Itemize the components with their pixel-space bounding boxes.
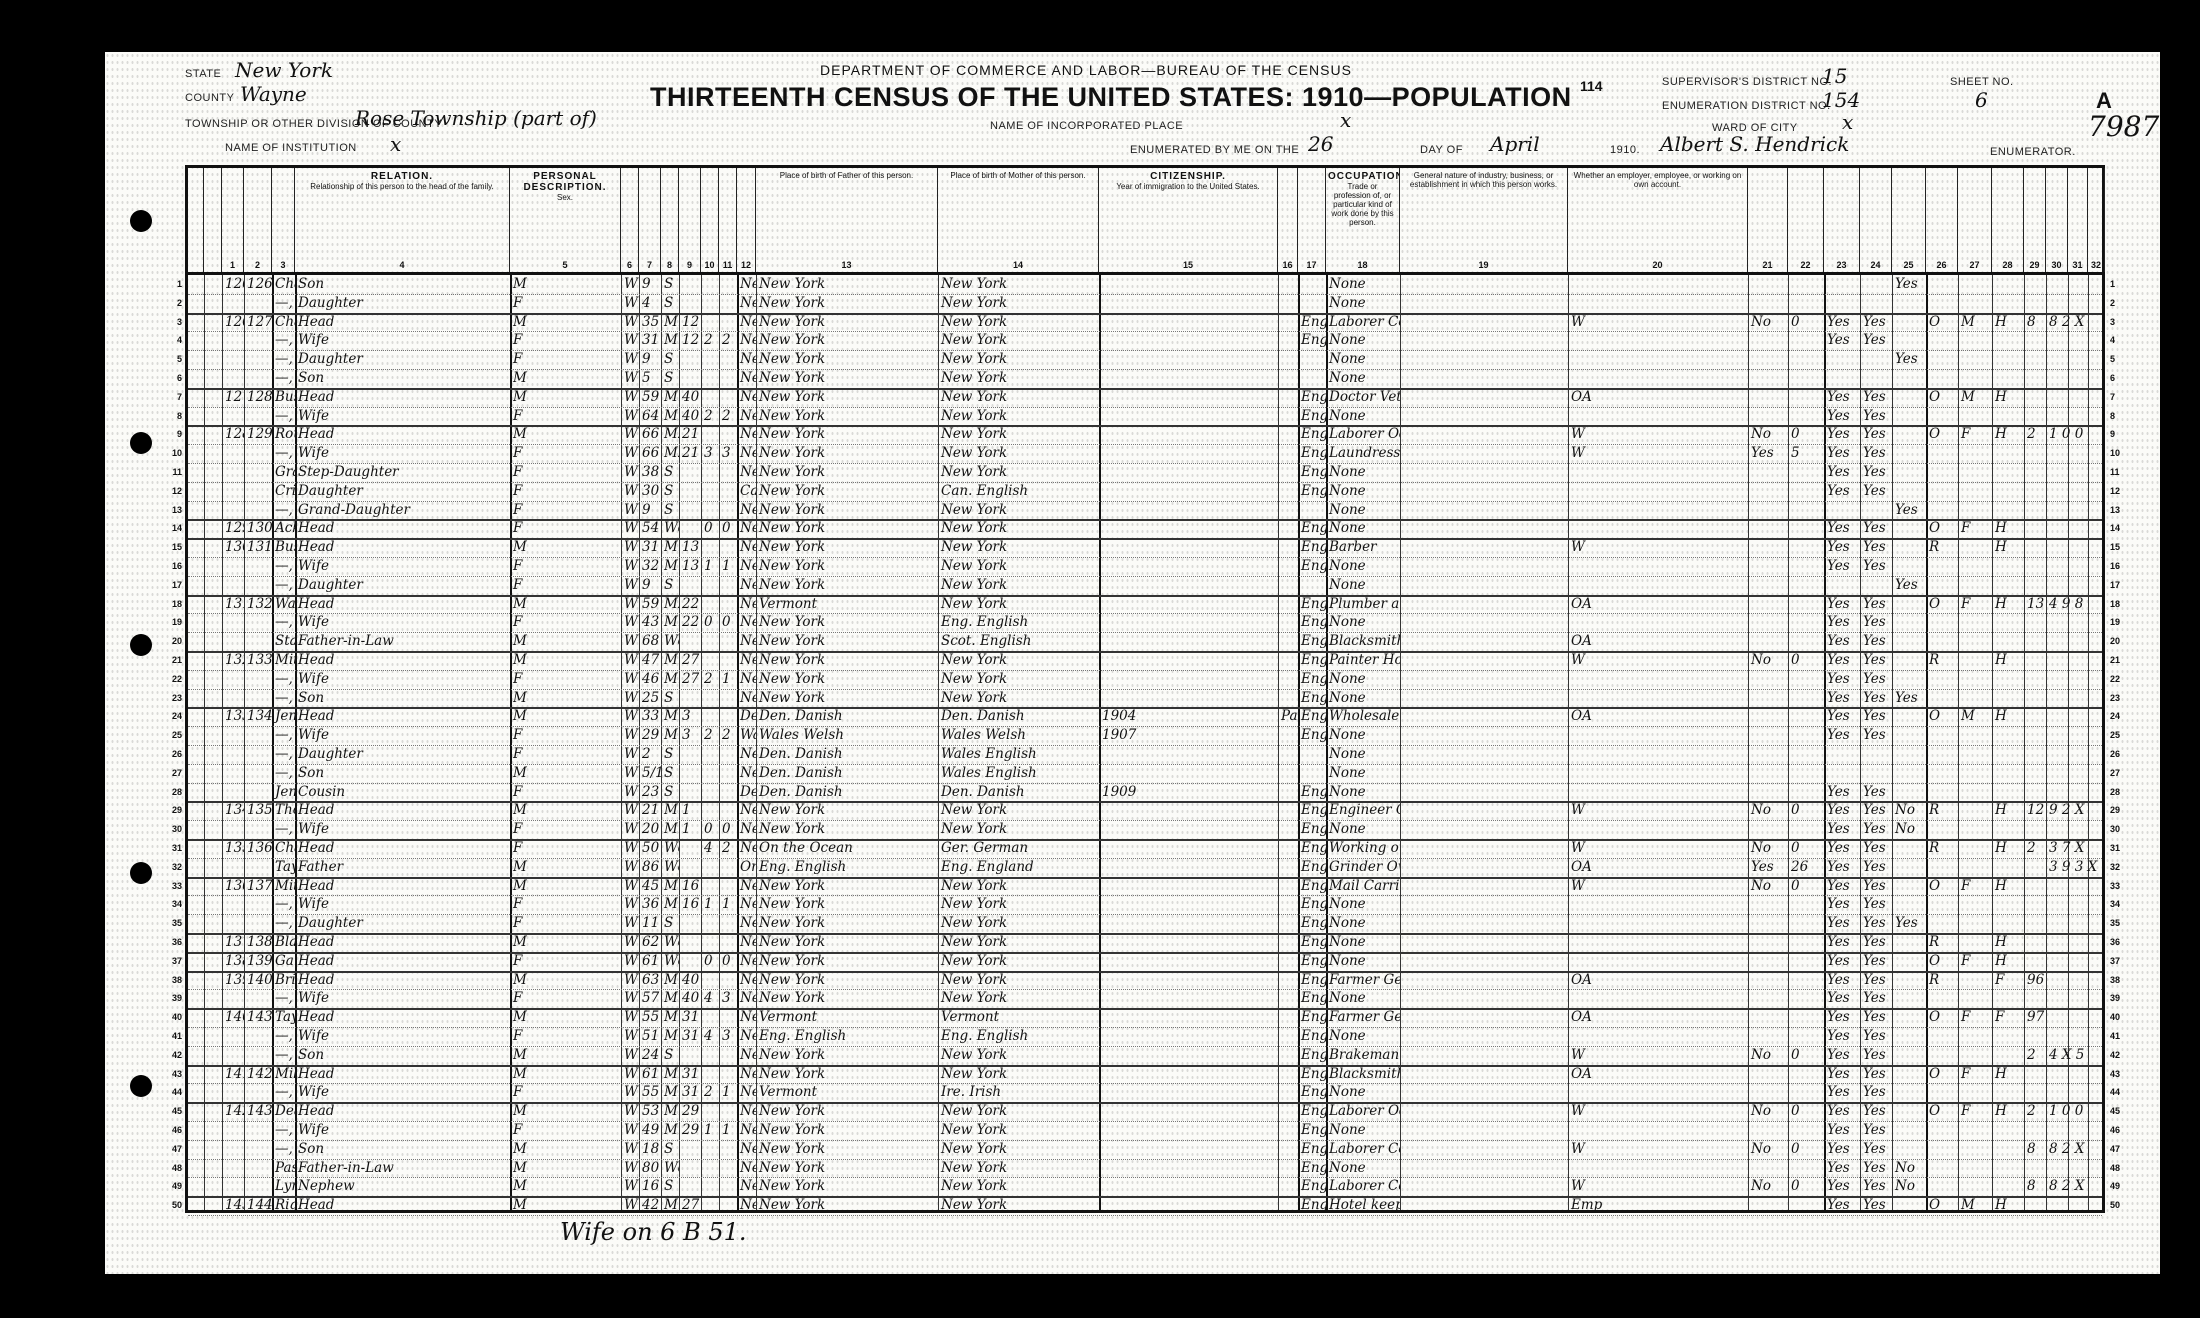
cell-rel: Son: [295, 764, 510, 783]
cell-fb: New York: [756, 971, 938, 990]
line-number-right: 12: [2110, 482, 2130, 501]
line-number: 44: [148, 1083, 182, 1102]
column-header: 16: [1278, 168, 1298, 272]
cell-own: O: [1926, 595, 1958, 614]
column-number: 31: [2068, 260, 2087, 270]
cell-mb: New York: [938, 670, 1099, 689]
cell-age: 20: [639, 820, 661, 839]
cell-fh: H: [1992, 538, 2024, 557]
table-row: 3737138139Garlic, Lydia M.HeadFW61Wd00Ne…: [188, 952, 2102, 973]
cell-w: Yes: [1860, 858, 1892, 877]
cell-rel: Father-in-Law: [295, 1159, 510, 1178]
supervisor-label: Supervisor's District No.: [1662, 76, 1832, 88]
cell-fh: H: [1992, 952, 2024, 971]
cell-emp: W: [1568, 1177, 1748, 1196]
line-number: 3: [148, 313, 182, 332]
cell-race: W: [621, 501, 639, 520]
cell-wk: 0: [1788, 839, 1824, 858]
cell-r: Yes: [1824, 1102, 1860, 1121]
cell-oow: No: [1748, 839, 1788, 858]
line-number: 13: [148, 501, 182, 520]
cell-race: W: [621, 369, 639, 388]
line-number-right: 17: [2110, 576, 2130, 595]
line-number-right: 4: [2110, 331, 2130, 350]
cell-fam: 140: [244, 971, 272, 990]
cell-w: Yes: [1860, 1046, 1892, 1065]
cell-occ: Plumber and tinsmith: [1326, 595, 1400, 614]
ward-value: x: [1842, 110, 1853, 134]
cell-race: W: [621, 1159, 639, 1178]
cell-pb: New York: [737, 895, 756, 914]
cell-name: Blanchard, Frances M.: [272, 933, 295, 952]
cell-mb: New York: [938, 369, 1099, 388]
cell-own: O: [1926, 388, 1958, 407]
column-label: Sex.: [512, 193, 618, 202]
cell-om: F: [1958, 519, 1992, 538]
column-header: 23: [1824, 168, 1860, 272]
cell-age: 32: [639, 557, 661, 576]
cell-nat: Pa: [1278, 707, 1298, 726]
cell-occ: Farmer General farm: [1326, 1008, 1400, 1027]
line-number-right: 15: [2110, 538, 2130, 557]
table-row: 2222—, ElizabethWifeFW46M12721New YorkNe…: [188, 670, 2102, 690]
cell-r: Yes: [1824, 689, 1860, 708]
cell-occ: Laborer Cold Storage: [1326, 313, 1400, 332]
cell-mb: New York: [938, 933, 1099, 952]
cell-fh: H: [1992, 839, 2024, 858]
column-number: 29: [2024, 260, 2045, 270]
cell-ms: S: [661, 275, 679, 294]
line-number: 32: [148, 858, 182, 877]
line-number-right: 10: [2110, 444, 2130, 463]
cell-rel: Head: [295, 839, 510, 858]
cell-fb: New York: [756, 1046, 938, 1065]
cell-pb: Den. Danish: [737, 707, 756, 726]
column-header: General nature of industry, business, or…: [1400, 168, 1568, 272]
cell-r: Yes: [1824, 1083, 1860, 1102]
cell-fb: New York: [756, 275, 938, 294]
line-number: 2: [148, 294, 182, 313]
cell-name: Chappell, Frank P.: [272, 313, 295, 332]
line-number-right: 7: [2110, 388, 2130, 407]
line-number-right: 6: [2110, 369, 2130, 388]
cell-ym: 1: [679, 801, 701, 820]
cell-ym: 29: [679, 1102, 701, 1121]
cell-own: R: [1926, 651, 1958, 670]
cell-sex: F: [510, 519, 621, 538]
column-number: 7: [639, 260, 660, 270]
cell-r: Yes: [1824, 331, 1860, 350]
line-number: 25: [148, 726, 182, 745]
cell-name: Ackerman, Carrie M.: [272, 519, 295, 538]
column-number: 11: [719, 260, 736, 270]
column-label: Place of birth of Mother of this person.: [940, 171, 1096, 180]
cell-ms: M1: [661, 331, 679, 350]
cell-ms: Wd: [661, 519, 679, 538]
cell-cb: 2: [701, 726, 719, 745]
cell-fam: 133: [244, 651, 272, 670]
table-row: 2424133134Jensen, Frederick A.HeadMW33M1…: [188, 707, 2102, 727]
cell-name: Chase, Sarah S.: [272, 839, 295, 858]
cell-ex: 1 0 0: [2046, 425, 2105, 444]
column-number: 9: [679, 260, 700, 270]
cell-lang: English: [1298, 595, 1326, 614]
cell-fb: Eng. English: [756, 858, 938, 877]
cell-rel: Wife: [295, 1083, 510, 1102]
cell-ms: S: [661, 350, 679, 369]
cell-r: Yes: [1824, 1008, 1860, 1027]
cell-mb: Wales English: [938, 764, 1099, 783]
cell-occ: Blacksmith Own shop: [1326, 1065, 1400, 1084]
table-row: 3636137138Blanchard, Frances M.HeadMW62W…: [188, 933, 2102, 954]
table-row: 88—, Emily A.WifeFW64M14022New YorkNew Y…: [188, 407, 2102, 428]
cell-fh: H: [1992, 933, 2024, 952]
cell-name: —, Caroline: [272, 444, 295, 463]
cell-fs: 12: [2024, 801, 2046, 820]
cell-emp: OA: [1568, 971, 1748, 990]
cell-age: 55: [639, 1008, 661, 1027]
cell-occ: None: [1326, 670, 1400, 689]
cell-lang: English: [1298, 388, 1326, 407]
cell-sex: F: [510, 820, 621, 839]
cell-fb: New York: [756, 1196, 938, 1215]
cell-age: 2: [639, 745, 661, 764]
cell-fb: New York: [756, 632, 938, 651]
cell-pb: New York: [737, 1008, 756, 1027]
cell-occ: None: [1326, 407, 1400, 426]
column-number: 18: [1326, 260, 1399, 270]
cell-ms: M1: [661, 1083, 679, 1102]
cell-ms: Wd: [661, 858, 679, 877]
cell-mb: Vermont: [938, 1008, 1099, 1027]
cell-sex: M: [510, 388, 621, 407]
cell-race: W: [621, 670, 639, 689]
cell-sex: F: [510, 914, 621, 933]
cell-ms: S: [661, 745, 679, 764]
cell-lang: English: [1298, 632, 1326, 651]
cell-name: Stansel, George W.: [272, 632, 295, 651]
column-number: 25: [1892, 260, 1925, 270]
cell-occ: None: [1326, 519, 1400, 538]
line-number: 27: [148, 764, 182, 783]
cell-name: —, Ella A.: [272, 1121, 295, 1140]
cell-r: Yes: [1824, 425, 1860, 444]
cell-lang: English: [1298, 858, 1326, 877]
cell-fam: 138: [244, 933, 272, 952]
table-row: 1414129130Ackerman, Carrie M.HeadFW54Wd0…: [188, 519, 2102, 540]
line-number-right: 44: [2110, 1083, 2130, 1102]
cell-age: 38: [639, 463, 661, 482]
cell-fb: New York: [756, 482, 938, 501]
column-number: 20: [1568, 260, 1747, 270]
cell-dw: 127: [222, 388, 244, 407]
cell-lang: English: [1298, 820, 1326, 839]
cell-rel: Daughter: [295, 294, 510, 313]
table-row: 2525—, Elizabeth A.WifeFW29M1322Wales En…: [188, 726, 2102, 746]
line-number: 47: [148, 1140, 182, 1159]
cell-age: 86: [639, 858, 661, 877]
cell-rel: Head: [295, 877, 510, 896]
cell-own: O: [1926, 877, 1958, 896]
cell-age: 9: [639, 501, 661, 520]
table-row: 3838139140Briggs, LymanHeadMW63M140New Y…: [188, 971, 2102, 991]
cell-ym: 27: [679, 670, 701, 689]
cell-fb: New York: [756, 820, 938, 839]
cell-lang: English: [1298, 707, 1326, 726]
cell-fb: Den. Danish: [756, 764, 938, 783]
cell-rel: Head: [295, 1102, 510, 1121]
cell-race: W: [621, 952, 639, 971]
enum-day: 26: [1308, 132, 1333, 156]
column-header: 11: [719, 168, 737, 272]
cell-fb: New York: [756, 444, 938, 463]
cell-own: R: [1926, 801, 1958, 820]
cell-mb: New York: [938, 1121, 1099, 1140]
population-schedule-table: 123RELATION.Relationship of this person …: [185, 165, 2105, 1213]
cell-own: R: [1926, 933, 1958, 952]
cell-w: Yes: [1860, 952, 1892, 971]
cell-sex: M: [510, 707, 621, 726]
cell-rel: Head: [295, 952, 510, 971]
cell-occ: None: [1326, 914, 1400, 933]
cell-race: W: [621, 463, 639, 482]
cell-fb: New York: [756, 1102, 938, 1121]
table-row: 2626—, Beatrice C. F.DaughterFW2SNew Yor…: [188, 745, 2102, 765]
cell-race: W: [621, 745, 639, 764]
cell-cl: 0: [719, 613, 737, 632]
cell-r: Yes: [1824, 519, 1860, 538]
cell-r: Yes: [1824, 482, 1860, 501]
cell-cl: 0: [719, 820, 737, 839]
cell-w: Yes: [1860, 613, 1892, 632]
cell-fb: New York: [756, 914, 938, 933]
column-header: 26: [1926, 168, 1958, 272]
cell-pb: New York: [737, 820, 756, 839]
cell-race: W: [621, 783, 639, 802]
cell-lang: English: [1298, 425, 1326, 444]
cell-cb: 2: [701, 670, 719, 689]
line-number: 31: [148, 839, 182, 858]
cell-occ: None: [1326, 576, 1400, 595]
cell-sch: No: [1892, 1177, 1926, 1196]
cell-emp: OA: [1568, 858, 1748, 877]
cell-ms: S: [661, 501, 679, 520]
cell-fh: H: [1992, 425, 2024, 444]
cell-sex: F: [510, 501, 621, 520]
cell-wk: 0: [1788, 1046, 1824, 1065]
cell-rel: Daughter: [295, 576, 510, 595]
cell-occ: Mail Carrier Rural: [1326, 877, 1400, 896]
cell-lang: English: [1298, 1140, 1326, 1159]
cell-own: O: [1926, 313, 1958, 332]
table-row: 4545142143Dean, Edgar W.HeadMW53M129New …: [188, 1102, 2102, 1122]
cell-race: W: [621, 1083, 639, 1102]
cell-age: 4: [639, 294, 661, 313]
cell-pb: Can. English: [737, 482, 756, 501]
enumeration-value: 154: [1822, 88, 1860, 112]
cell-ms: M1: [661, 388, 679, 407]
cell-occ: None: [1326, 331, 1400, 350]
cell-name: Mitchell, Clark E.: [272, 651, 295, 670]
cell-race: W: [621, 651, 639, 670]
cell-wk: 26: [1788, 858, 1824, 877]
cell-wk: 0: [1788, 1177, 1824, 1196]
cell-dw: 129: [222, 519, 244, 538]
cell-occ: None: [1326, 294, 1400, 313]
cell-cl: 0: [719, 952, 737, 971]
cell-race: W: [621, 1102, 639, 1121]
institution-label: Name of institution: [225, 142, 357, 154]
cell-age: 57: [639, 989, 661, 1008]
cell-occ: None: [1326, 463, 1400, 482]
cell-occ: Hotel keeper: [1326, 1196, 1400, 1215]
cell-mb: New York: [938, 519, 1099, 538]
table-row: 4040140143Taylor, Allen S.HeadMW55M131Ne…: [188, 1008, 2102, 1028]
cell-r: Yes: [1824, 613, 1860, 632]
table-row: 4848Pasllow, NelsonFather-in-LawMW80WdNe…: [188, 1159, 2102, 1179]
cell-mb: New York: [938, 914, 1099, 933]
cell-r: Yes: [1824, 820, 1860, 839]
cell-occ: Wholesale Produce dealer: [1326, 707, 1400, 726]
column-number: 5: [510, 260, 620, 270]
table-row: 66—, Kenneth S.SonMW5SNew YorkNew YorkNe…: [188, 369, 2102, 390]
cell-mb: Wales English: [938, 745, 1099, 764]
cell-own: R: [1926, 971, 1958, 990]
cell-r: Yes: [1824, 1121, 1860, 1140]
cell-dw: 134: [222, 801, 244, 820]
cell-ex: 8 2 X: [2046, 313, 2105, 332]
cell-mb: New York: [938, 895, 1099, 914]
column-number: 10: [701, 260, 718, 270]
cell-rel: Wife: [295, 989, 510, 1008]
cell-w: Yes: [1860, 1177, 1892, 1196]
cell-lang: English: [1298, 895, 1326, 914]
cell-ym: 13: [679, 557, 701, 576]
cell-om: F: [1958, 1102, 1992, 1121]
line-number: 40: [148, 1008, 182, 1027]
cell-emp: OA: [1568, 707, 1748, 726]
cell-ym: 21: [679, 425, 701, 444]
line-number: 29: [148, 801, 182, 820]
line-number-right: 24: [2110, 707, 2130, 726]
cell-fh: F: [1992, 1008, 2024, 1027]
table-row: 55—, Laura J.DaughterFW9SNew YorkNew Yor…: [188, 350, 2102, 370]
table-row: 2828Jensen, Juthine H. C.CousinFW23SDen.…: [188, 783, 2102, 804]
column-number: 1: [222, 260, 243, 270]
cell-name: Mitchell, James C.: [272, 877, 295, 896]
cell-ms: M1: [661, 651, 679, 670]
cell-sex: F: [510, 482, 621, 501]
cell-age: 64: [639, 407, 661, 426]
cell-own: O: [1926, 1102, 1958, 1121]
cell-mb: New York: [938, 595, 1099, 614]
cell-w: Yes: [1860, 670, 1892, 689]
cell-age: 55: [639, 1083, 661, 1102]
cell-imm: 1904: [1099, 707, 1278, 726]
line-number-right: 50: [2110, 1196, 2130, 1215]
enumerated-label: Enumerated by me on the: [1130, 144, 1299, 156]
cell-ms: M2: [661, 425, 679, 444]
line-number: 30: [148, 820, 182, 839]
cell-lang: English: [1298, 670, 1326, 689]
cell-age: 54: [639, 519, 661, 538]
cell-mb: New York: [938, 1065, 1099, 1084]
cell-race: W: [621, 444, 639, 463]
cell-name: —, Eunice H.: [272, 501, 295, 520]
cell-fb: Vermont: [756, 1008, 938, 1027]
cell-occ: None: [1326, 745, 1400, 764]
cell-dw: 130: [222, 538, 244, 557]
line-number-right: 43: [2110, 1065, 2130, 1084]
cell-pb: New York: [737, 971, 756, 990]
line-number: 8: [148, 407, 182, 426]
cell-sex: M: [510, 764, 621, 783]
cell-ms: S: [661, 294, 679, 313]
cell-lang: English: [1298, 989, 1326, 1008]
cell-mb: New York: [938, 1177, 1099, 1196]
table-row: 2727—, Frederick S.SonMW5/12SNew YorkDen…: [188, 764, 2102, 784]
cell-mb: New York: [938, 801, 1099, 820]
cell-fb: New York: [756, 1177, 938, 1196]
cell-wk: 0: [1788, 1140, 1824, 1159]
cell-sch: No: [1892, 1159, 1926, 1178]
line-number-right: 28: [2110, 783, 2130, 802]
column-header: 17: [1298, 168, 1326, 272]
cell-fam: 134: [244, 707, 272, 726]
cell-race: W: [621, 820, 639, 839]
cell-own: O: [1926, 1008, 1958, 1027]
cell-cl: 1: [719, 1083, 737, 1102]
cell-mb: New York: [938, 1102, 1099, 1121]
cell-lang: English: [1298, 482, 1326, 501]
line-number: 38: [148, 971, 182, 990]
cell-age: 43: [639, 613, 661, 632]
cell-pb: New York: [737, 313, 756, 332]
cell-race: W: [621, 576, 639, 595]
cell-wk: 0: [1788, 877, 1824, 896]
cell-sex: M: [510, 369, 621, 388]
cell-pb: New York: [737, 275, 756, 294]
cell-ms: M2: [661, 595, 679, 614]
cell-ym: 21: [679, 444, 701, 463]
cell-ym: 27: [679, 651, 701, 670]
cell-om: M: [1958, 388, 1992, 407]
cell-fs: 8: [2024, 1140, 2046, 1159]
cell-rel: Head: [295, 1008, 510, 1027]
cell-race: W: [621, 707, 639, 726]
cell-dw: 142: [222, 1102, 244, 1121]
cell-own: R: [1926, 538, 1958, 557]
cell-fs: 2: [2024, 425, 2046, 444]
table-row: 3131135136Chase, Sarah S.HeadFW50Wd42New…: [188, 839, 2102, 859]
cell-w: Yes: [1860, 820, 1892, 839]
cell-ym: 12: [679, 331, 701, 350]
cell-mb: New York: [938, 1159, 1099, 1178]
cell-age: 18: [639, 1140, 661, 1159]
cell-age: 35: [639, 313, 661, 332]
cell-lang: English: [1298, 914, 1326, 933]
column-header: 29: [2024, 168, 2046, 272]
cell-fb: New York: [756, 952, 938, 971]
cell-pb: New York: [737, 801, 756, 820]
column-number: 30: [2046, 260, 2067, 270]
cell-fs: 8: [2024, 313, 2046, 332]
cell-pb: New York: [737, 1196, 756, 1215]
cell-race: W: [621, 1177, 639, 1196]
cell-fam: 144: [244, 1196, 272, 1215]
cell-fam: 129: [244, 425, 272, 444]
table-row: 1717—, Evelyne S.DaughterFW9SNew YorkNew…: [188, 576, 2102, 597]
